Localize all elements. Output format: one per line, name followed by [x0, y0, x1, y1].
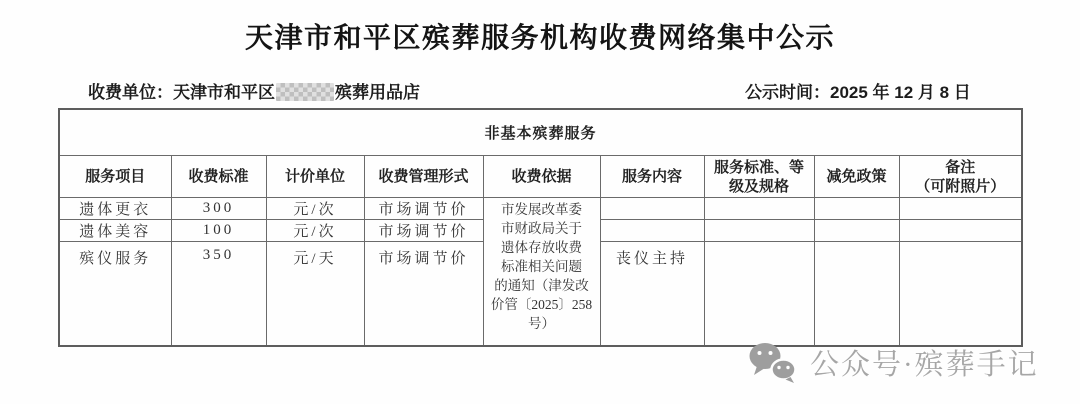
- reduction-policy-cell: [814, 220, 899, 242]
- publish-time-label: 公示时间：: [745, 83, 830, 102]
- table-section-row: 非基本殡葬服务: [59, 109, 1022, 156]
- redacted-store-name-blur: [276, 83, 334, 101]
- col-header-remark: 备注 （可附照片）: [899, 156, 1022, 198]
- service-spec-cell: [704, 198, 814, 220]
- fee-management-cell: 市场调节价: [364, 242, 483, 347]
- fee-standard-cell: 100: [171, 220, 266, 242]
- info-line: 收费单位：天津市和平区殡葬用品店 公示时间：2025 年 12 月 8 日: [0, 78, 1080, 102]
- service-item-cell: 遗体更衣: [59, 198, 171, 220]
- col-header-fee-basis: 收费依据: [483, 156, 600, 198]
- col-header-service-spec: 服务标准、等 级及规格: [704, 156, 814, 198]
- fee-standard-cell: 350: [171, 242, 266, 347]
- fee-basis-merged-cell: 市发展改革委 市财政局关于 遗体存放收费 标准相关问题 的通知（津发改 价管〔2…: [483, 198, 600, 347]
- watermark-text: 公众号·殡葬手记: [810, 342, 1039, 383]
- fee-management-cell: 市场调节价: [364, 198, 483, 220]
- remark-cell: [899, 198, 1022, 220]
- fee-management-cell: 市场调节价: [364, 220, 483, 242]
- col-header-fee-standard: 收费标准: [171, 156, 266, 198]
- service-content-cell: [600, 220, 704, 242]
- reduction-policy-cell: [814, 198, 899, 220]
- pricing-unit-cell: 元/天: [266, 242, 364, 347]
- service-spec-cell: [704, 242, 814, 347]
- col-header-service-content: 服务内容: [600, 156, 704, 198]
- pricing-unit-cell: 元/次: [266, 198, 364, 220]
- col-header-fee-management: 收费管理形式: [364, 156, 483, 198]
- fee-unit-line: 收费单位：天津市和平区殡葬用品店: [88, 78, 420, 103]
- service-content-cell: 丧仪主持: [600, 242, 704, 347]
- service-spec-cell: [704, 220, 814, 242]
- page-title: 天津市和平区殡葬服务机构收费网络集中公示: [0, 16, 1080, 56]
- table-header-row: 服务项目 收费标准 计价单位 收费管理形式 收费依据 服务内容 服务标准、等 级…: [59, 156, 1022, 198]
- wechat-icon: [748, 341, 798, 384]
- fee-unit-label: 收费单位：: [88, 83, 173, 102]
- service-content-cell: [600, 198, 704, 220]
- table-section-title: 非基本殡葬服务: [59, 109, 1022, 156]
- service-item-cell: 殡仪服务: [59, 242, 171, 347]
- table-row: 遗体更衣 300 元/次 市场调节价 市发展改革委 市财政局关于 遗体存放收费 …: [59, 198, 1022, 220]
- fee-unit-prefix: 天津市和平区: [173, 83, 275, 102]
- publish-time-line: 公示时间：2025 年 12 月 8 日: [745, 78, 971, 103]
- service-item-cell: 遗体美容: [59, 220, 171, 242]
- fee-unit-suffix: 殡葬用品店: [335, 83, 420, 102]
- col-header-service-item: 服务项目: [59, 156, 171, 198]
- fee-standard-cell: 300: [171, 198, 266, 220]
- reduction-policy-cell: [814, 242, 899, 347]
- remark-cell: [899, 220, 1022, 242]
- col-header-reduction-policy: 减免政策: [814, 156, 899, 198]
- fee-table: 非基本殡葬服务 服务项目 收费标准 计价单位 收费管理形式 收费依据 服务内容 …: [58, 108, 1023, 347]
- col-header-pricing-unit: 计价单位: [266, 156, 364, 198]
- pricing-unit-cell: 元/次: [266, 220, 364, 242]
- watermark: 公众号·殡葬手记: [748, 341, 1039, 384]
- publish-time-value: 2025 年 12 月 8 日: [830, 83, 971, 102]
- remark-cell: [899, 242, 1022, 347]
